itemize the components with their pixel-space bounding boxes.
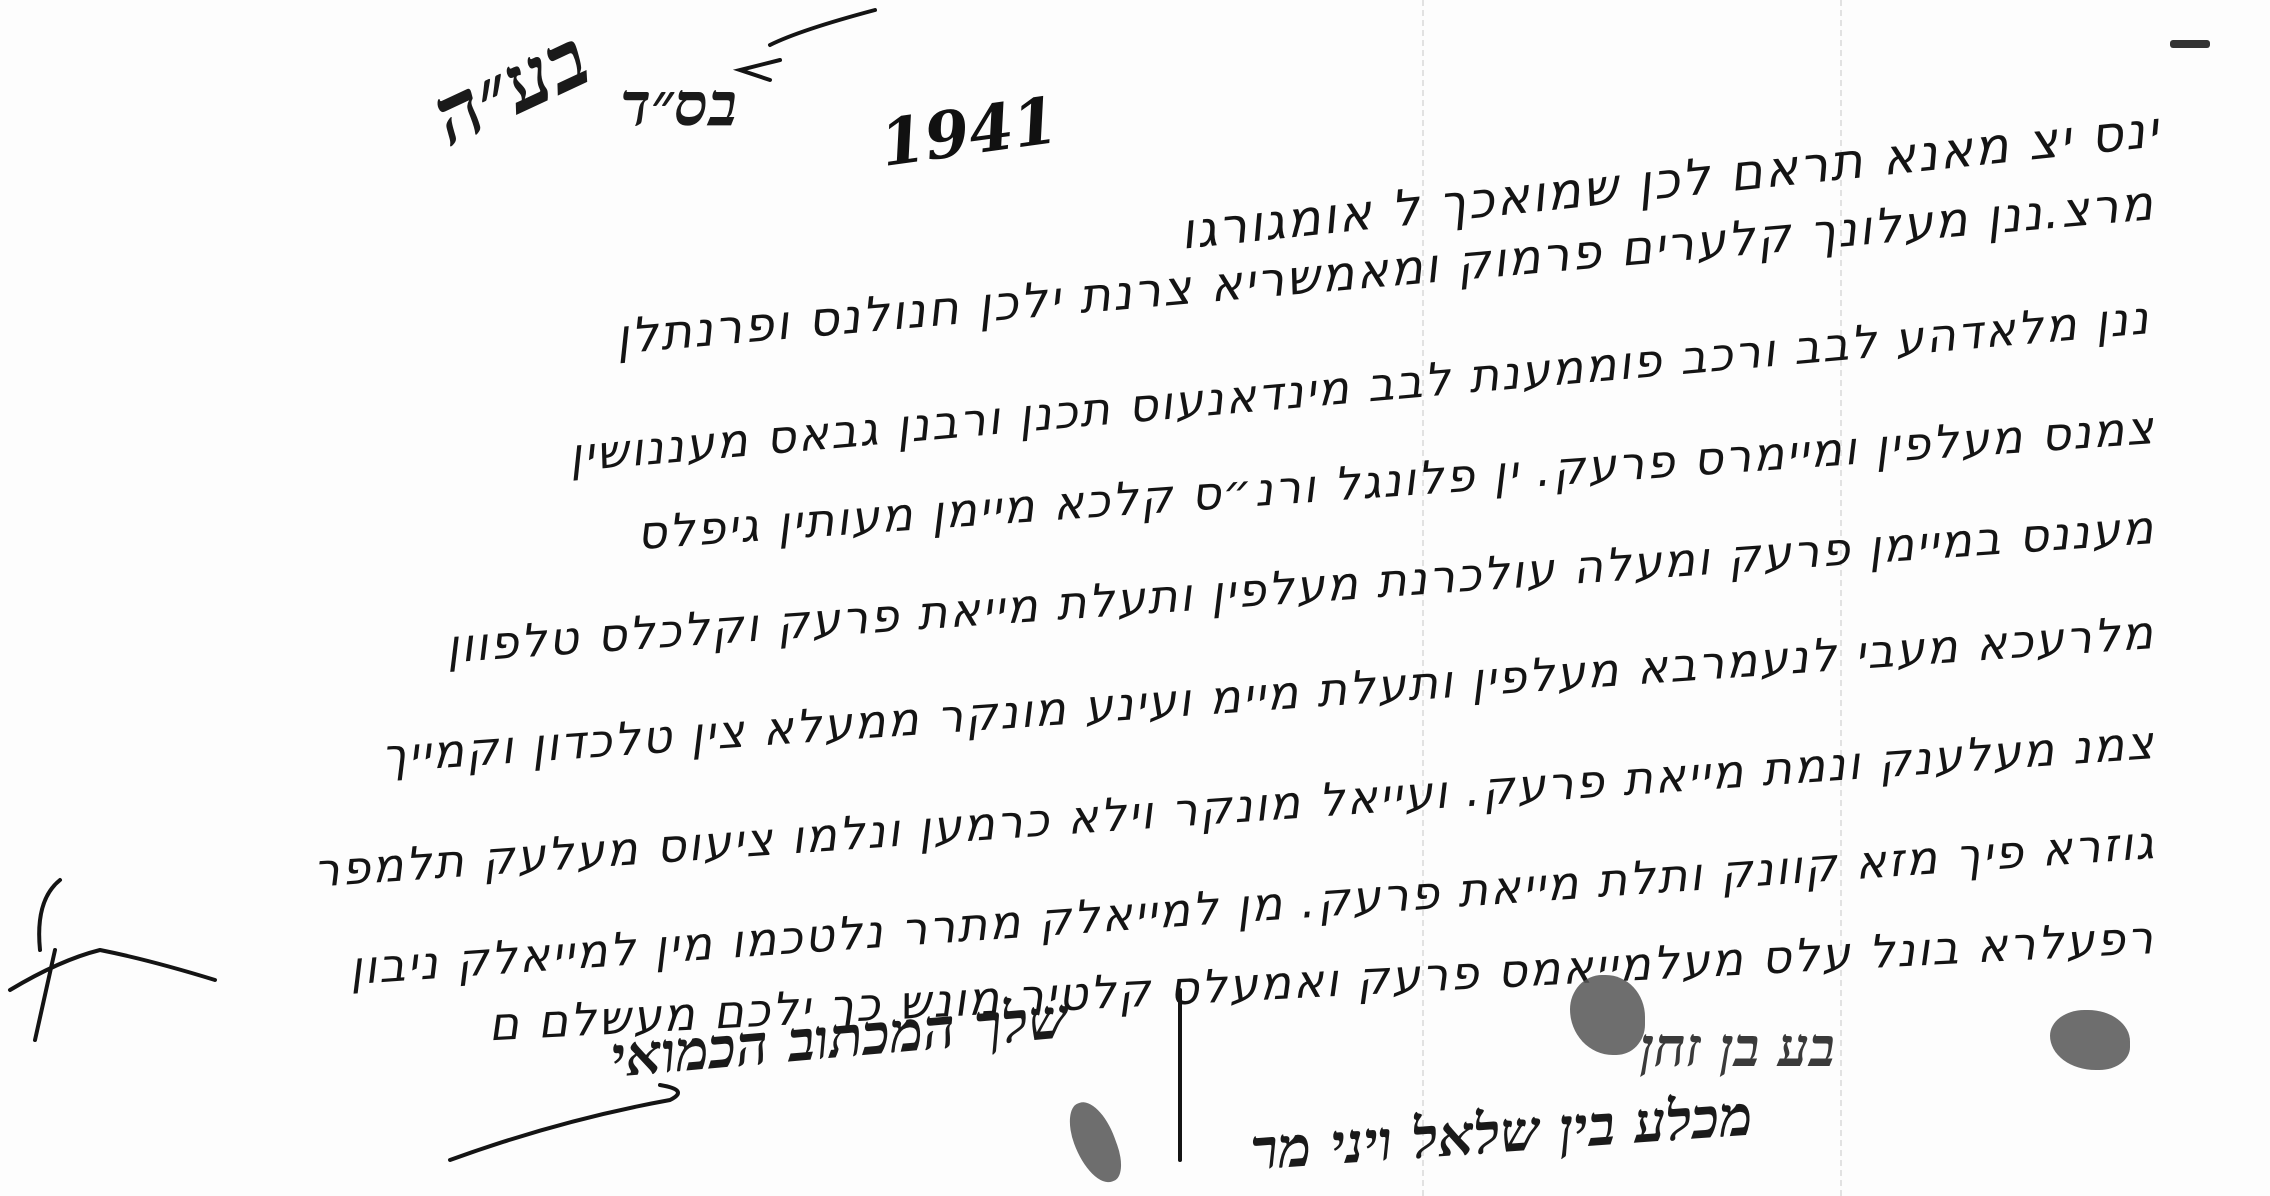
cross-mark-horizontal: [10, 950, 215, 990]
letter-page: בע״ה בס״ד 1941 ינס יצ מאנא תראם לכן שמוא…: [0, 0, 2270, 1196]
stamp-name: בע בן זחן: [1640, 1015, 1835, 1079]
signature-underline: [450, 1085, 678, 1160]
ink-blot-center: [1570, 975, 1645, 1055]
header-mark: בס״ד: [620, 70, 737, 140]
letter-date: 1941: [876, 83, 1063, 182]
ink-blot-bottom: [1062, 1096, 1129, 1190]
header-signature: בע״ה: [417, 11, 602, 165]
ink-blot-right: [2050, 1010, 2130, 1070]
top-angle-stroke: [740, 60, 780, 80]
cross-mark-vertical: [35, 950, 55, 1040]
cross-mark-loop: [39, 880, 60, 950]
top-right-mark: [2170, 40, 2210, 48]
top-sweep-stroke: [770, 10, 875, 45]
signature-bottom-right: מכלע בין שלאל ויני מר: [1248, 1083, 1754, 1184]
